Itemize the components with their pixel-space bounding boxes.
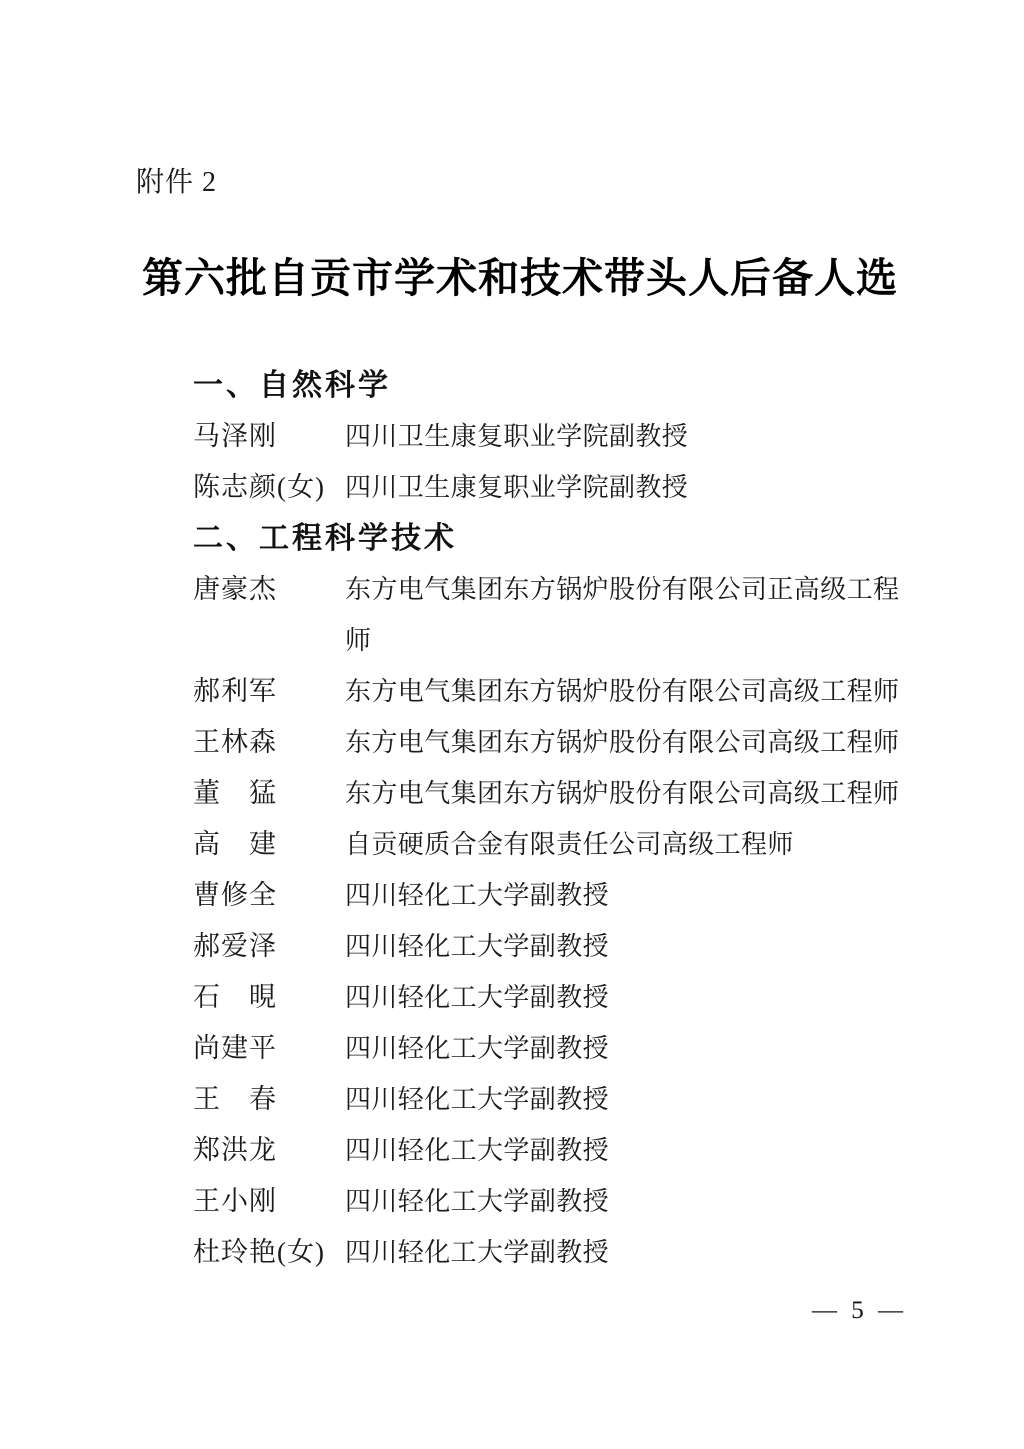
candidate-name: 郝爱泽 xyxy=(193,921,345,972)
candidate-row: 唐豪杰 东方电气集团东方锅炉股份有限公司正高级工程师 xyxy=(193,564,909,666)
candidate-list: 一、自然科学 马泽刚 四川卫生康复职业学院副教授 陈志颜(女) 四川卫生康复职业… xyxy=(193,360,909,1278)
candidate-name: 杜玲艳(女) xyxy=(193,1227,345,1278)
page-title: 第六批自贡市学术和技术带头人后备人选 xyxy=(112,252,928,304)
page-number: — 5 — xyxy=(812,1295,907,1327)
candidate-affiliation: 东方电气集团东方锅炉股份有限公司高级工程师 xyxy=(345,717,909,768)
candidate-name: 尚建平 xyxy=(193,1023,345,1074)
candidate-affiliation: 四川轻化工大学副教授 xyxy=(345,1023,909,1074)
candidate-affiliation: 四川轻化工大学副教授 xyxy=(345,1227,909,1278)
candidate-row: 杜玲艳(女) 四川轻化工大学副教授 xyxy=(193,1227,909,1278)
candidate-row: 陈志颜(女) 四川卫生康复职业学院副教授 xyxy=(193,462,909,513)
candidate-name: 马泽刚 xyxy=(193,411,345,462)
candidate-row: 王小刚 四川轻化工大学副教授 xyxy=(193,1176,909,1227)
candidate-affiliation: 四川卫生康复职业学院副教授 xyxy=(345,411,909,462)
candidate-name: 高 建 xyxy=(193,819,345,870)
candidate-affiliation: 四川卫生康复职业学院副教授 xyxy=(345,462,909,513)
candidate-affiliation: 东方电气集团东方锅炉股份有限公司高级工程师 xyxy=(345,666,909,717)
candidate-affiliation: 四川轻化工大学副教授 xyxy=(345,870,909,921)
candidate-row: 尚建平 四川轻化工大学副教授 xyxy=(193,1023,909,1074)
candidate-row: 曹修全 四川轻化工大学副教授 xyxy=(193,870,909,921)
candidate-row: 石 晛 四川轻化工大学副教授 xyxy=(193,972,909,1023)
candidate-name: 石 晛 xyxy=(193,972,345,1023)
candidate-row: 郝爱泽 四川轻化工大学副教授 xyxy=(193,921,909,972)
candidate-name: 王小刚 xyxy=(193,1176,345,1227)
candidate-affiliation: 东方电气集团东方锅炉股份有限公司高级工程师 xyxy=(345,768,909,819)
candidate-name: 陈志颜(女) xyxy=(193,462,345,513)
candidate-row: 王 春 四川轻化工大学副教授 xyxy=(193,1074,909,1125)
candidate-name: 王林森 xyxy=(193,717,345,768)
candidate-name: 郝利军 xyxy=(193,666,345,717)
section-heading-natural-science: 一、自然科学 xyxy=(193,360,909,411)
candidate-row: 郑洪龙 四川轻化工大学副教授 xyxy=(193,1125,909,1176)
candidate-affiliation: 四川轻化工大学副教授 xyxy=(345,1125,909,1176)
candidate-name: 王 春 xyxy=(193,1074,345,1125)
candidate-name: 曹修全 xyxy=(193,870,345,921)
candidate-affiliation: 四川轻化工大学副教授 xyxy=(345,921,909,972)
candidate-affiliation: 四川轻化工大学副教授 xyxy=(345,972,909,1023)
candidate-row: 高 建 自贡硬质合金有限责任公司高级工程师 xyxy=(193,819,909,870)
candidate-row: 马泽刚 四川卫生康复职业学院副教授 xyxy=(193,411,909,462)
candidate-row: 董 猛 东方电气集团东方锅炉股份有限公司高级工程师 xyxy=(193,768,909,819)
candidate-affiliation: 四川轻化工大学副教授 xyxy=(345,1176,909,1227)
candidate-row: 王林森 东方电气集团东方锅炉股份有限公司高级工程师 xyxy=(193,717,909,768)
candidate-name: 郑洪龙 xyxy=(193,1125,345,1176)
candidate-name: 唐豪杰 xyxy=(193,564,345,615)
document-page: 附件 2 第六批自贡市学术和技术带头人后备人选 一、自然科学 马泽刚 四川卫生康… xyxy=(0,0,1024,1449)
attachment-label: 附件 2 xyxy=(136,166,217,200)
candidate-affiliation: 四川轻化工大学副教授 xyxy=(345,1074,909,1125)
candidate-row: 郝利军 东方电气集团东方锅炉股份有限公司高级工程师 xyxy=(193,666,909,717)
candidate-affiliation: 自贡硬质合金有限责任公司高级工程师 xyxy=(345,819,909,870)
section-heading-engineering: 二、工程科学技术 xyxy=(193,513,909,564)
candidate-affiliation: 东方电气集团东方锅炉股份有限公司正高级工程师 xyxy=(345,564,909,666)
candidate-name: 董 猛 xyxy=(193,768,345,819)
